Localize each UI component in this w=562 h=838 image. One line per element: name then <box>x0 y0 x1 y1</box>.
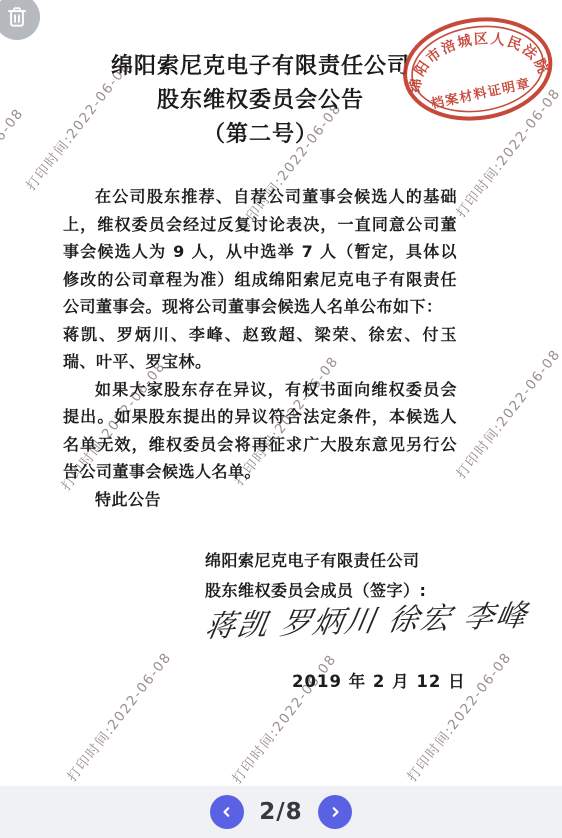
paragraph-objection: 如果大家股东存在异议，有权书面向维权委员会提出。如果股东提出的异议符合法定条件，… <box>63 376 457 486</box>
paragraph-names: 蒋凯、罗炳川、李峰、赵致超、梁荣、徐宏、付玉瑞、叶平、罗宝林。 <box>63 321 457 376</box>
signature-company: 绵阳索尼克电子有限责任公司 <box>205 546 426 576</box>
chevron-left-icon <box>217 802 237 822</box>
print-time-watermark: 打印时间:2022-06-08 <box>61 647 175 785</box>
print-time-watermark: 打印时间:2022-06-08 <box>450 344 562 482</box>
document-title: 绵阳索尼克电子有限责任公司 股东维权委员会公告 （第二号） <box>63 50 458 152</box>
page-indicator: 2/8 <box>259 799 302 825</box>
chevron-right-icon <box>325 802 345 822</box>
title-line-committee: 股东维权委员会公告 <box>63 84 458 118</box>
print-time-watermark: 打印时间:2022-06-08 <box>450 83 562 221</box>
document-viewer: 打印时间:2022-06-08 打印时间:2022-06-08 打印时间:202… <box>0 0 562 838</box>
paragraph-closing: 特此公告 <box>63 486 457 514</box>
document-body: 在公司股东推荐、自荐公司董事会候选人的基础上，维权委员会经过反复讨论表决，一直同… <box>63 183 457 513</box>
next-page-button[interactable] <box>318 795 352 829</box>
trash-icon <box>4 4 30 30</box>
paragraph-intro: 在公司股东推荐、自荐公司董事会候选人的基础上，维权委员会经过反复讨论表决，一直同… <box>63 183 457 321</box>
title-line-company: 绵阳索尼克电子有限责任公司 <box>63 50 458 84</box>
pagination-bar: 2/8 <box>0 786 562 838</box>
delete-page-button[interactable] <box>0 0 40 40</box>
document-page: 打印时间:2022-06-08 打印时间:2022-06-08 打印时间:202… <box>0 0 562 786</box>
print-time-watermark: 打印时间:2022-06-08 <box>0 103 27 241</box>
document-date: 2019 年 2 月 12 日 <box>292 668 466 692</box>
prev-page-button[interactable] <box>210 795 244 829</box>
title-line-number: （第二号） <box>63 118 458 152</box>
